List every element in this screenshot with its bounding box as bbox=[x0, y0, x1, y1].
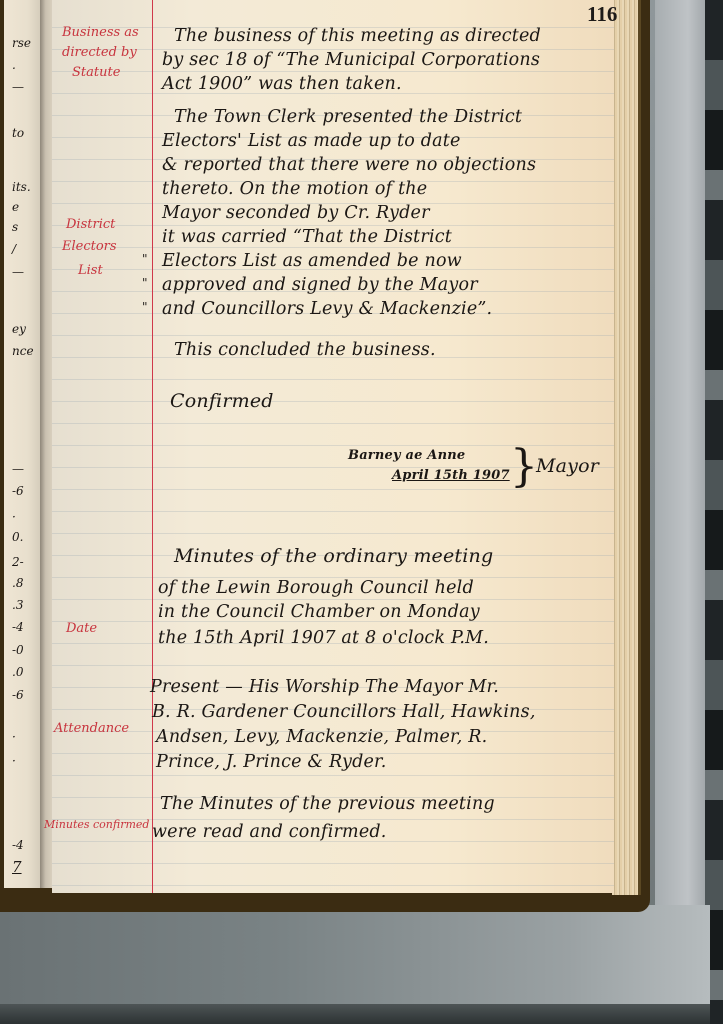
brace-symbol: } bbox=[510, 445, 538, 489]
attendance-line: Prince, J. Prince & Ryder. bbox=[156, 752, 386, 772]
margin-rule bbox=[152, 0, 153, 893]
left-fragment: s bbox=[12, 220, 18, 234]
left-fragment: .0 bbox=[12, 665, 23, 679]
body-line: The business of this meeting as directed bbox=[174, 26, 541, 46]
left-fragment: -4 bbox=[12, 620, 24, 634]
scanner-background bbox=[655, 0, 710, 1024]
left-fragment: -6 bbox=[12, 484, 24, 498]
ditto-mark: " bbox=[142, 300, 148, 314]
body-line: The Town Clerk presented the District bbox=[174, 107, 522, 127]
left-fragment: ey bbox=[12, 322, 26, 336]
margin-note-line: Electors bbox=[62, 238, 117, 255]
left-fragment: · bbox=[12, 754, 16, 768]
signature-date: April 15th 1907 bbox=[392, 468, 510, 483]
left-fragment: rse bbox=[12, 36, 31, 50]
attendance-line: B. R. Gardener Councillors Hall, Hawkins… bbox=[152, 702, 536, 722]
minutes-heading-line: Minutes of the ordinary meeting bbox=[174, 545, 493, 567]
minutes-confirmed-line: were read and confirmed. bbox=[152, 822, 387, 842]
body-line: Electors List as amended be now bbox=[162, 251, 462, 271]
left-fragment: -6 bbox=[12, 688, 24, 702]
left-fragment: — bbox=[12, 265, 24, 279]
margin-note-line: directed by bbox=[62, 44, 137, 61]
minutes-heading-line: of the Lewin Borough Council held bbox=[158, 578, 474, 598]
left-fragment: .3 bbox=[12, 598, 23, 612]
left-fragment: 2- bbox=[12, 555, 24, 569]
margin-note-minutes-confirmed: Minutes confirmed bbox=[44, 816, 149, 833]
body-line: Mayor seconded by Cr. Ryder bbox=[162, 203, 430, 223]
body-line: by sec 18 of “The Municipal Corporations bbox=[162, 50, 540, 70]
ditto-mark: " bbox=[142, 276, 148, 290]
closing-line: This concluded the business. bbox=[174, 340, 436, 360]
body-line: thereto. On the motion of the bbox=[162, 179, 427, 199]
left-fragment: 7 bbox=[12, 858, 22, 876]
ditto-mark: " bbox=[142, 252, 148, 266]
left-fragment: — bbox=[12, 80, 24, 94]
body-line: approved and signed by the Mayor bbox=[162, 275, 478, 295]
margin-note-attendance: Attendance bbox=[54, 720, 129, 737]
mayor-signature: Barney ae Anne bbox=[348, 448, 465, 463]
body-line: & reported that there were no objections bbox=[162, 155, 536, 175]
attendance-line: Andsen, Levy, Mackenzie, Palmer, R. bbox=[156, 727, 487, 747]
confirmed-label: Confirmed bbox=[170, 390, 274, 412]
margin-note-line: List bbox=[78, 262, 103, 279]
left-fragment: to bbox=[12, 126, 24, 140]
left-fragment: e bbox=[12, 200, 19, 214]
body-line: it was carried “That the District bbox=[162, 227, 452, 247]
left-fragment: nce bbox=[12, 344, 34, 358]
scanner-bed-shadow bbox=[0, 1004, 710, 1024]
minutes-heading-line: in the Council Chamber on Monday bbox=[158, 602, 480, 622]
left-facing-page: rse . — to its. e s / — ey nce — -6 · 0.… bbox=[4, 0, 44, 888]
left-fragment: .8 bbox=[12, 576, 23, 590]
attendance-line: Present — His Worship The Mayor Mr. bbox=[150, 677, 499, 697]
mayor-title: Mayor bbox=[536, 455, 599, 477]
left-fragment: . bbox=[12, 58, 16, 72]
minutes-heading-line: the 15th April 1907 at 8 o'clock P.M. bbox=[158, 628, 489, 648]
left-fragment: / bbox=[12, 242, 16, 256]
margin-note-line: Statute bbox=[72, 64, 120, 81]
left-fragment: its. bbox=[12, 180, 31, 194]
left-fragment: · bbox=[12, 510, 16, 524]
body-line: Act 1900” was then taken. bbox=[162, 74, 402, 94]
margin-note-line: District bbox=[66, 216, 115, 233]
body-line: and Councillors Levy & Mackenzie”. bbox=[162, 299, 492, 319]
left-fragment: -4 bbox=[12, 838, 24, 852]
left-fragment: 0. bbox=[12, 530, 23, 544]
margin-note-line: Business as bbox=[62, 24, 139, 41]
margin-note-date: Date bbox=[66, 620, 97, 637]
body-line: Electors' List as made up to date bbox=[162, 131, 461, 151]
minutes-confirmed-line: The Minutes of the previous meeting bbox=[160, 794, 495, 814]
scanner-edge-strip bbox=[705, 0, 723, 1024]
left-fragment: · bbox=[12, 730, 16, 744]
left-fragment: — bbox=[12, 462, 24, 476]
page-block-edges bbox=[612, 0, 641, 895]
page-number: 116 bbox=[587, 2, 617, 27]
left-fragment: -0 bbox=[12, 643, 24, 657]
